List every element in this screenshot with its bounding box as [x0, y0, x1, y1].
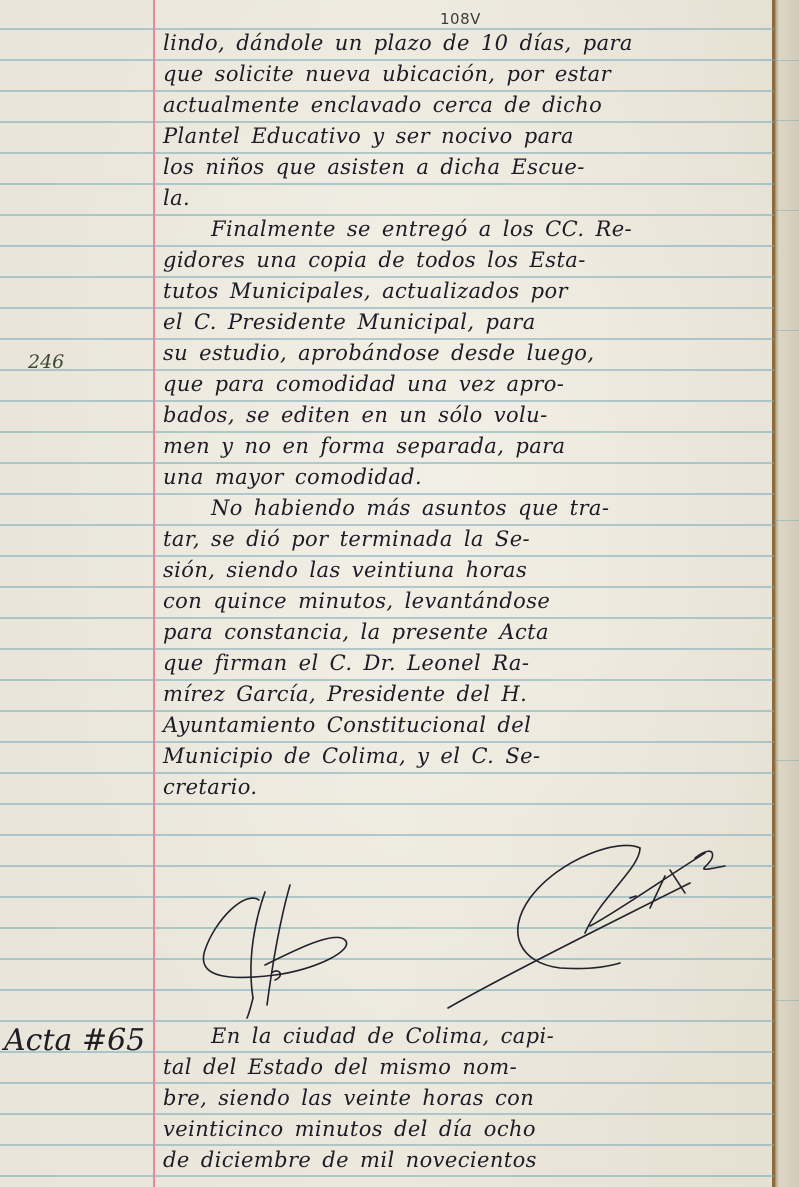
text-line: que firman el C. Dr. Leonel Ra- — [163, 648, 773, 679]
red-margin-line — [153, 0, 155, 1187]
text-line: lindo, dándole un plazo de 10 días, para — [163, 28, 773, 59]
text-line: gidores una copia de todos los Esta- — [163, 245, 773, 276]
text-line: tutos Municipales, actualizados por — [163, 276, 773, 307]
paragraph-start-line: En la ciudad de Colima, capi- — [163, 1021, 773, 1052]
text-line: men y no en forma separada, para — [163, 431, 773, 462]
text-line: bados, se editen en un sólo volu- — [163, 400, 773, 431]
text-line: una mayor comodidad. — [163, 462, 773, 493]
margin-entry-number: 246 — [28, 351, 64, 373]
text-line: la. — [163, 183, 773, 214]
next-acta-body: En la ciudad de Colima, capi- tal del Es… — [163, 1021, 773, 1176]
text-line: Plantel Educativo y ser nocivo para — [163, 121, 773, 152]
text-line: veinticinco minutos del día ocho — [163, 1114, 773, 1145]
text-line: su estudio, aprobándose desde luego, — [163, 338, 773, 369]
paragraph-start-line: Finalmente se entregó a los CC. Re- — [163, 214, 773, 245]
text-line: Municipio de Colima, y el C. Se- — [163, 741, 773, 772]
text-line: bre, siendo las veinte horas con — [163, 1083, 773, 1114]
paragraph-start-line: No habiendo más asuntos que tra- — [163, 493, 773, 524]
text-line: cretario. — [163, 772, 773, 803]
signature-secretario — [440, 838, 740, 1013]
signature-presidente — [195, 880, 365, 1020]
text-line: actualmente enclavado cerca de dicho — [163, 90, 773, 121]
text-line: los niños que asisten a dicha Escue- — [163, 152, 773, 183]
text-line: sión, siendo las veintiuna horas — [163, 555, 773, 586]
text-line: con quince minutos, levantándose — [163, 586, 773, 617]
text-line: mírez García, Presidente del H. — [163, 679, 773, 710]
ledger-page: 108V 246 Acta #65 lindo, dándole un plaz… — [0, 0, 774, 1187]
folio-number: 108V — [440, 10, 481, 28]
text-line: tar, se dió por terminada la Se- — [163, 524, 773, 555]
text-line: de diciembre de mil novecientos — [163, 1145, 773, 1176]
text-line: para constancia, la presente Acta — [163, 617, 773, 648]
text-line: Ayuntamiento Constitucional del — [163, 710, 773, 741]
book-page-edge — [774, 0, 799, 1187]
text-line: tal del Estado del mismo nom- — [163, 1052, 773, 1083]
minutes-body: lindo, dándole un plazo de 10 días, para… — [163, 28, 773, 803]
text-line: el C. Presidente Municipal, para — [163, 307, 773, 338]
margin-acta-label: Acta #65 — [4, 1023, 145, 1058]
text-line: que para comodidad una vez apro- — [163, 369, 773, 400]
text-line: que solicite nueva ubicación, por estar — [163, 59, 773, 90]
